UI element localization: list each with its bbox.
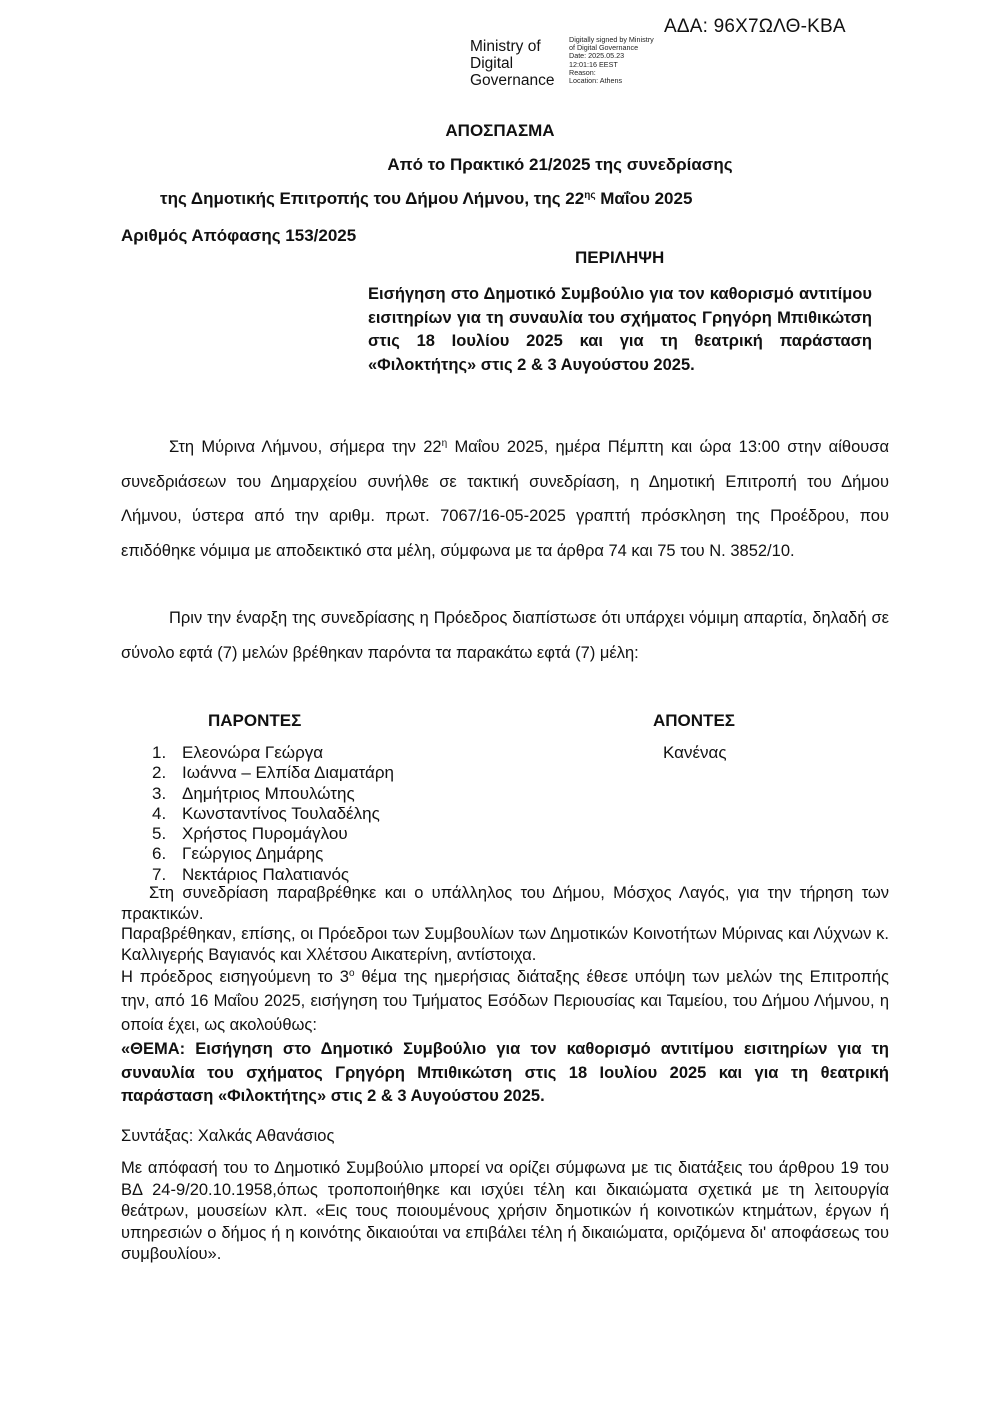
- legal-paragraph: Με απόφασή του το Δημοτικό Συμβούλιο μπο…: [121, 1158, 889, 1266]
- member-name: Κωνσταντίνος Τουλαδέλης: [182, 804, 380, 823]
- signature-line: Location: Athens: [569, 77, 654, 85]
- member-name: Ελεονώρα Γεώργα: [182, 743, 323, 762]
- member-number: 2.: [152, 763, 182, 783]
- secretary-paragraph: Στη συνεδρίαση παραβρέθηκε και ο υπάλληλ…: [121, 883, 889, 924]
- summary-title: ΠΕΡΙΛΗΨΗ: [575, 248, 664, 268]
- committee-sup: ης: [584, 190, 595, 201]
- proceedings-block: Στη συνεδρίαση παραβρέθηκε και ο υπάλληλ…: [121, 883, 889, 1037]
- member-name: Νεκτάριος Παλατιανός: [182, 865, 349, 884]
- member-number: 5.: [152, 824, 182, 844]
- list-item: 1.Ελεονώρα Γεώργα: [152, 743, 394, 763]
- member-name: Γεώργιος Δημάρης: [182, 844, 323, 863]
- present-members-list: 1.Ελεονώρα Γεώργα 2.Ιωάννα – Ελπίδα Διαμ…: [152, 743, 394, 885]
- extract-title: ΑΠΟΣΠΑΣΜΑ: [0, 121, 1000, 141]
- list-item: 6.Γεώργιος Δημάρης: [152, 844, 394, 864]
- absent-heading: ΑΠΟΝΤΕΣ: [653, 711, 735, 731]
- minutes-title: Από το Πρακτικό 21/2025 της συνεδρίασης: [110, 155, 1000, 175]
- topic-paragraph: Η πρόεδρος εισηγούμενη το 3ο θέμα της ημ…: [121, 965, 889, 1037]
- ministry-name: Ministry of Digital Governance: [470, 38, 554, 89]
- member-number: 4.: [152, 804, 182, 824]
- list-item: 5.Χρήστος Πυρομάγλου: [152, 824, 394, 844]
- member-name: Δημήτριος Μπουλώτης: [182, 784, 355, 803]
- decision-number: Αριθμός Απόφασης 153/2025: [121, 226, 356, 246]
- intro-prefix: Στη Μύρινα Λήμνου, σήμερα την 22: [169, 438, 442, 456]
- member-number: 6.: [152, 844, 182, 864]
- author-line: Συντάξας: Χαλκάς Αθανάσιος: [121, 1127, 334, 1146]
- committee-prefix: της Δημοτικής Επιτροπής του Δήμου Λήμνου…: [160, 189, 584, 208]
- present-heading: ΠΑΡΟΝΤΕΣ: [208, 711, 301, 731]
- list-item: 2.Ιωάννα – Ελπίδα Διαματάρη: [152, 763, 394, 783]
- intro-paragraph: Στη Μύρινα Λήμνου, σήμερα την 22η Μαΐου …: [121, 430, 889, 568]
- ministry-line: Digital: [470, 55, 554, 72]
- committee-suffix: Μαΐου 2025: [596, 189, 693, 208]
- ministry-line: Governance: [470, 72, 554, 89]
- ministry-line: Ministry of: [470, 38, 554, 55]
- theme-paragraph: «ΘΕΜΑ: Εισήγηση στο Δημοτικό Συμβούλιο γ…: [121, 1038, 889, 1109]
- intro-suffix: Μαΐου 2025, ημέρα Πέμπτη και ώρα 13:00 σ…: [121, 438, 889, 560]
- attendees-paragraph: Παραβρέθηκαν, επίσης, οι Πρόεδροι των Συ…: [121, 924, 889, 965]
- member-name: Ιωάννα – Ελπίδα Διαματάρη: [182, 763, 394, 782]
- digital-signature: Digitally signed by Ministry of Digital …: [569, 36, 654, 85]
- list-item: 4.Κωνσταντίνος Τουλαδέλης: [152, 804, 394, 824]
- member-number: 3.: [152, 784, 182, 804]
- absent-value: Κανένας: [663, 743, 727, 763]
- member-number: 1.: [152, 743, 182, 763]
- topic-prefix: Η πρόεδρος εισηγούμενη το 3: [121, 968, 349, 986]
- quorum-paragraph: Πριν την έναρξη της συνεδρίασης η Πρόεδρ…: [121, 601, 889, 670]
- list-item: 3.Δημήτριος Μπουλώτης: [152, 784, 394, 804]
- member-name: Χρήστος Πυρομάγλου: [182, 824, 348, 843]
- summary-body: Εισήγηση στο Δημοτικό Συμβούλιο για τον …: [368, 283, 872, 377]
- committee-title: της Δημοτικής Επιτροπής του Δήμου Λήμνου…: [160, 189, 980, 209]
- ada-code: ΑΔΑ: 96Χ7ΩΛΘ-ΚΒΑ: [664, 16, 846, 38]
